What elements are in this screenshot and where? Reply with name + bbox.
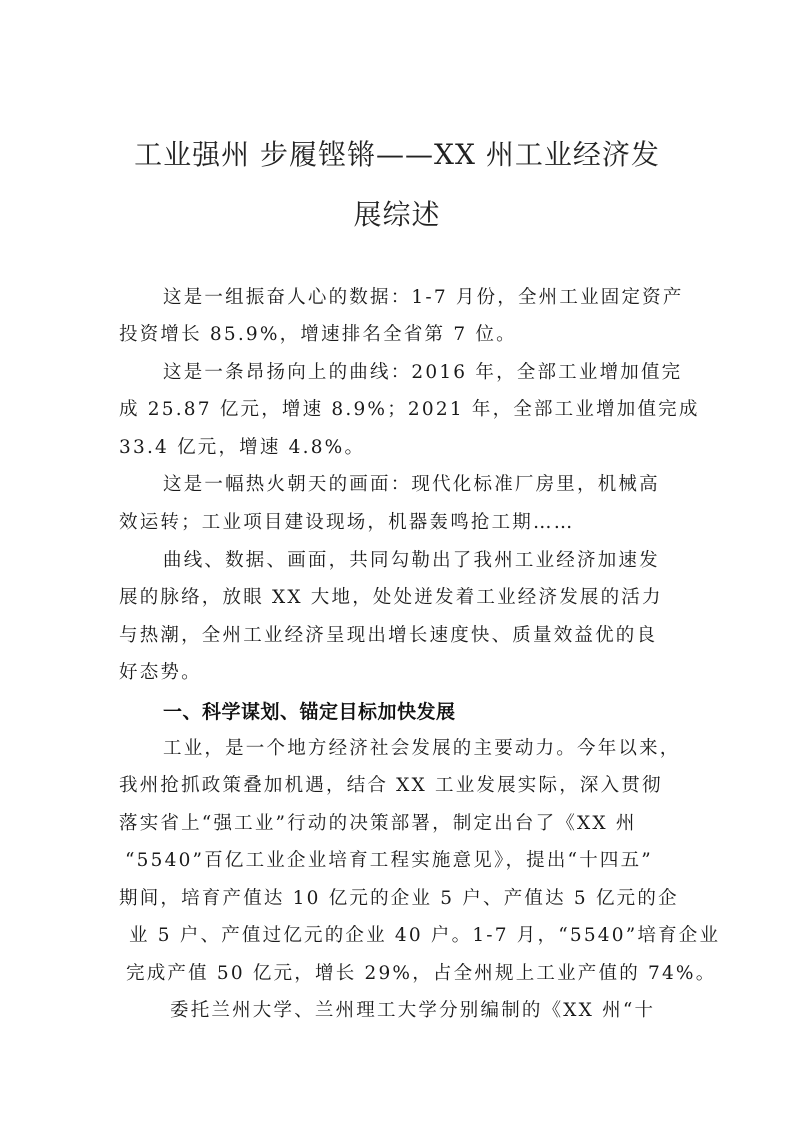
paragraph-line: 投资增长 85.9%，增速排名全省第 7 位。: [119, 320, 517, 346]
paragraph-line: 这是一组振奋人心的数据：1-7 月份，全州工业固定资产: [163, 283, 684, 309]
paragraph-line: 曲线、数据、画面，共同勾勒出了我州工业经济加速发: [163, 546, 660, 572]
paragraph-line: 期间，培育产值达 10 亿元的企业 5 户、产值达 5 亿元的企: [119, 884, 679, 910]
paragraph-line: 好态势。: [119, 658, 202, 684]
paragraph-line: 完成产值 50 亿元，增长 29%，占全州规上工业产值的 74%。: [126, 959, 716, 985]
section-heading: 一、科学谋划、锚定目标加快发展: [163, 697, 456, 724]
document-title-line-1: 工业强州 步履铿锵——XX 州工业经济发: [0, 133, 794, 173]
paragraph-line: 成 25.87 亿元，增速 8.9%；2021 年，全部工业增加值完成: [119, 395, 700, 421]
paragraph-line: 委托兰州大学、兰州理工大学分别编制的《XX 州“十: [170, 996, 655, 1022]
paragraph-line: 这是一幅热火朝天的画面：现代化标准厂房里，机械高: [163, 470, 660, 496]
paragraph-line: 33.4 亿元，增速 4.8%。: [119, 433, 365, 459]
document-title-line-2: 展综述: [0, 193, 794, 233]
paragraph-line: 工业，是一个地方经济社会发展的主要动力。今年以来，: [163, 734, 681, 760]
paragraph-line: “5540”百亿工业企业培育工程实施意见》，提出“十四五”: [125, 846, 653, 872]
paragraph-line: 这是一条昂扬向上的曲线：2016 年，全部工业增加值完: [163, 358, 682, 384]
paragraph-line: 效运转；工业项目建设现场，机器轰鸣抢工期……: [119, 508, 574, 534]
document-page: 工业强州 步履铿锵——XX 州工业经济发 展综述 这是一组振奋人心的数据：1-7…: [0, 0, 794, 1122]
paragraph-line: 展的脉络，放眼 XX 大地，处处迸发着工业经济发展的活力: [119, 583, 663, 609]
paragraph-line: 我州抢抓政策叠加机遇，结合 XX 工业发展实际，深入贯彻: [119, 771, 663, 797]
paragraph-line: 与热潮，全州工业经济呈现出增长速度快、质量效益优的良: [119, 621, 657, 647]
paragraph-line: 落实省上“强工业”行动的决策部署，制定出台了《XX 州: [119, 809, 637, 835]
paragraph-line: 业 5 户、产值过亿元的企业 40 户。1-7 月，“5540”培育企业: [129, 921, 720, 947]
